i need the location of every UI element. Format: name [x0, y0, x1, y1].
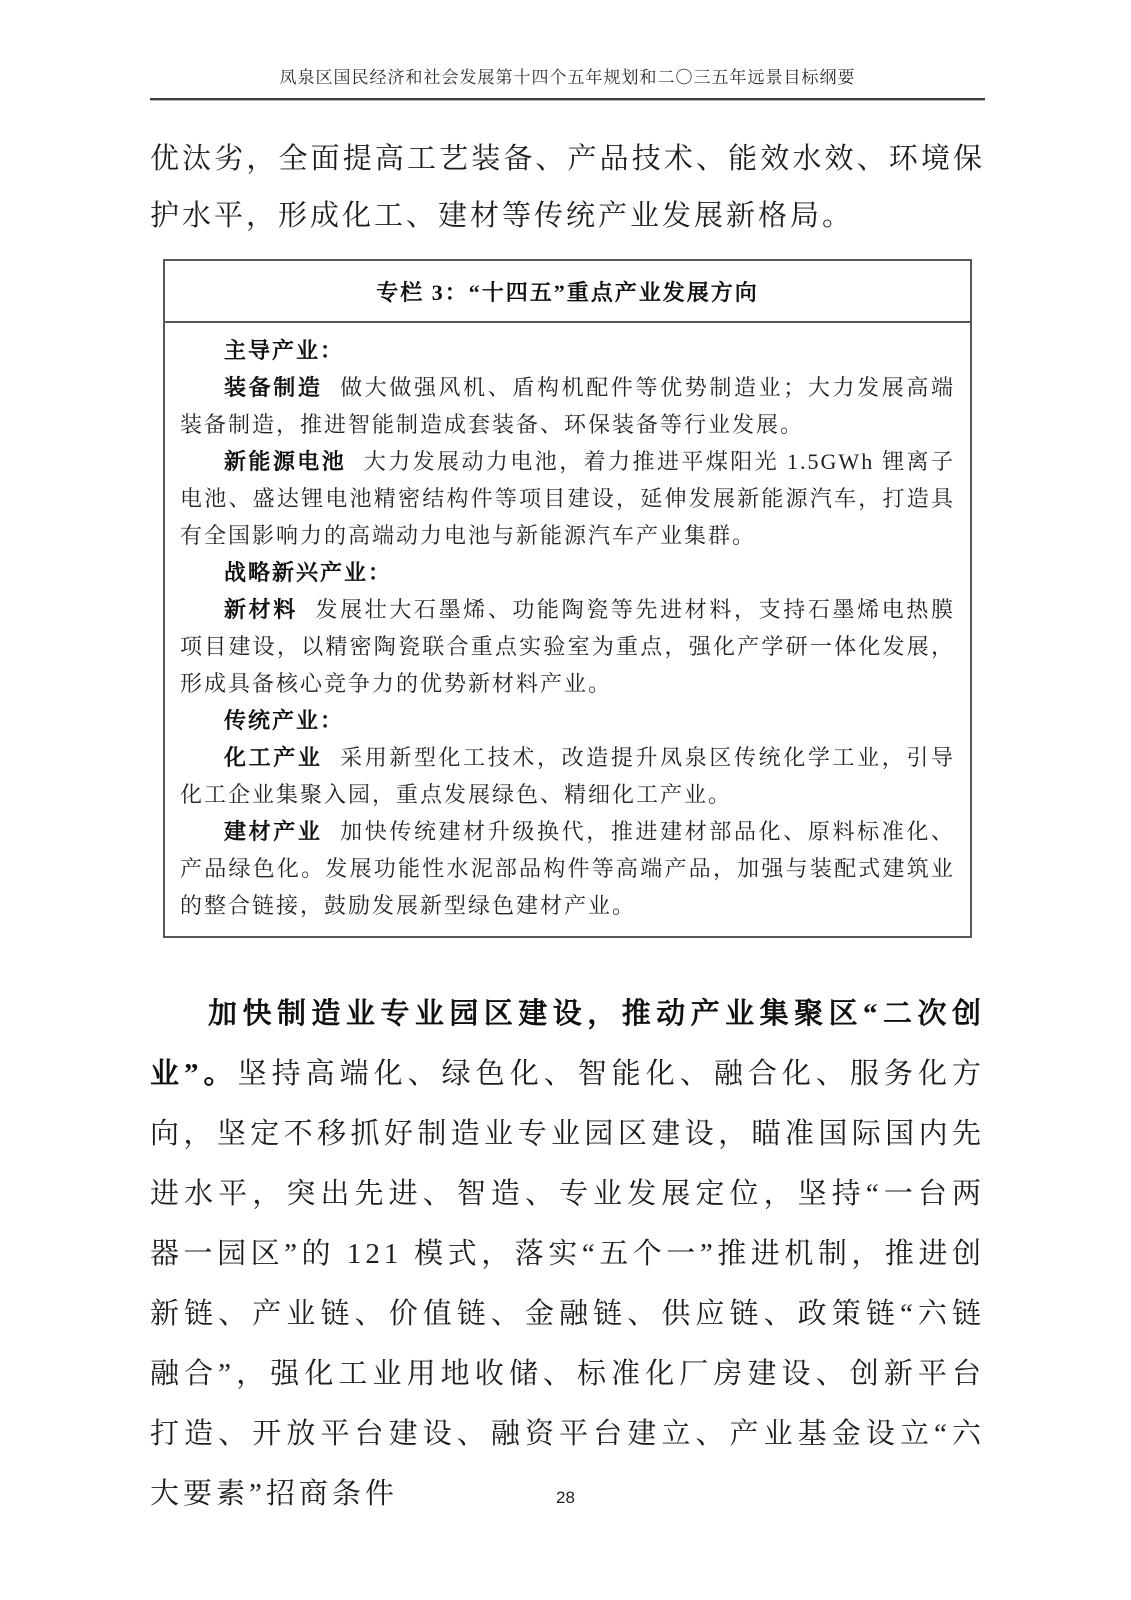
- box-item-equipment: 装备制造做大做强风机、盾构机配件等优势制造业；大力发展高端装备制造，推进智能制造…: [180, 369, 955, 443]
- box-section-heading-strategic: 战略新兴产业：: [180, 554, 955, 591]
- box-section-heading-leading: 主导产业：: [180, 332, 955, 369]
- paragraph-intro: 优汰劣，全面提高工艺装备、产品技术、能效水效、环境保护水平，形成化工、建材等传统…: [150, 131, 985, 245]
- box-item-label: 建材产业: [224, 819, 322, 844]
- box-item-label: 新材料: [224, 597, 298, 622]
- box-item-label: 新能源电池: [224, 449, 346, 474]
- paragraph-main-rest: 坚持高端化、绿色化、智能化、融合化、服务化方向，坚定不移抓好制造业专业园区建设，…: [150, 1058, 985, 1510]
- page-header: 凤泉区国民经济和社会发展第十四个五年规划和二〇三五年远景目标纲要: [150, 66, 985, 101]
- box-item-buildingmaterial: 建材产业加快传统建材升级换代，推进建材部品化、原料标准化、产品绿色化。发展功能性…: [180, 813, 955, 924]
- document-page: 凤泉区国民经济和社会发展第十四个五年规划和二〇三五年远景目标纲要 优汰劣，全面提…: [0, 0, 1131, 1600]
- callout-box: 专栏 3：“十四五”重点产业发展方向 主导产业： 装备制造做大做强风机、盾构机配…: [163, 259, 972, 938]
- paragraph-main: 加快制造业专业园区建设，推动产业集聚区“二次创业”。坚持高端化、绿色化、智能化、…: [150, 984, 985, 1524]
- box-item-battery: 新能源电池大力发展动力电池，着力推进平煤阳光 1.5GWh 锂离子电池、盛达锂电…: [180, 443, 955, 554]
- box-item-label: 化工产业: [224, 745, 322, 770]
- header-title: 凤泉区国民经济和社会发展第十四个五年规划和二〇三五年远景目标纲要: [150, 66, 985, 90]
- box-item-newmaterial: 新材料发展壮大石墨烯、功能陶瓷等先进材料，支持石墨烯电热膜项目建设，以精密陶瓷联…: [180, 591, 955, 702]
- box-section-heading-traditional: 传统产业：: [180, 702, 955, 739]
- page-number: 28: [0, 1488, 1131, 1508]
- box-item-chemical: 化工产业采用新型化工技术，改造提升凤泉区传统化学工业，引导化工企业集聚入园，重点…: [180, 739, 955, 813]
- header-rule: [150, 98, 985, 101]
- callout-box-body: 主导产业： 装备制造做大做强风机、盾构机配件等优势制造业；大力发展高端装备制造，…: [165, 323, 970, 936]
- callout-box-title: 专栏 3：“十四五”重点产业发展方向: [165, 261, 970, 323]
- box-item-label: 装备制造: [224, 375, 322, 400]
